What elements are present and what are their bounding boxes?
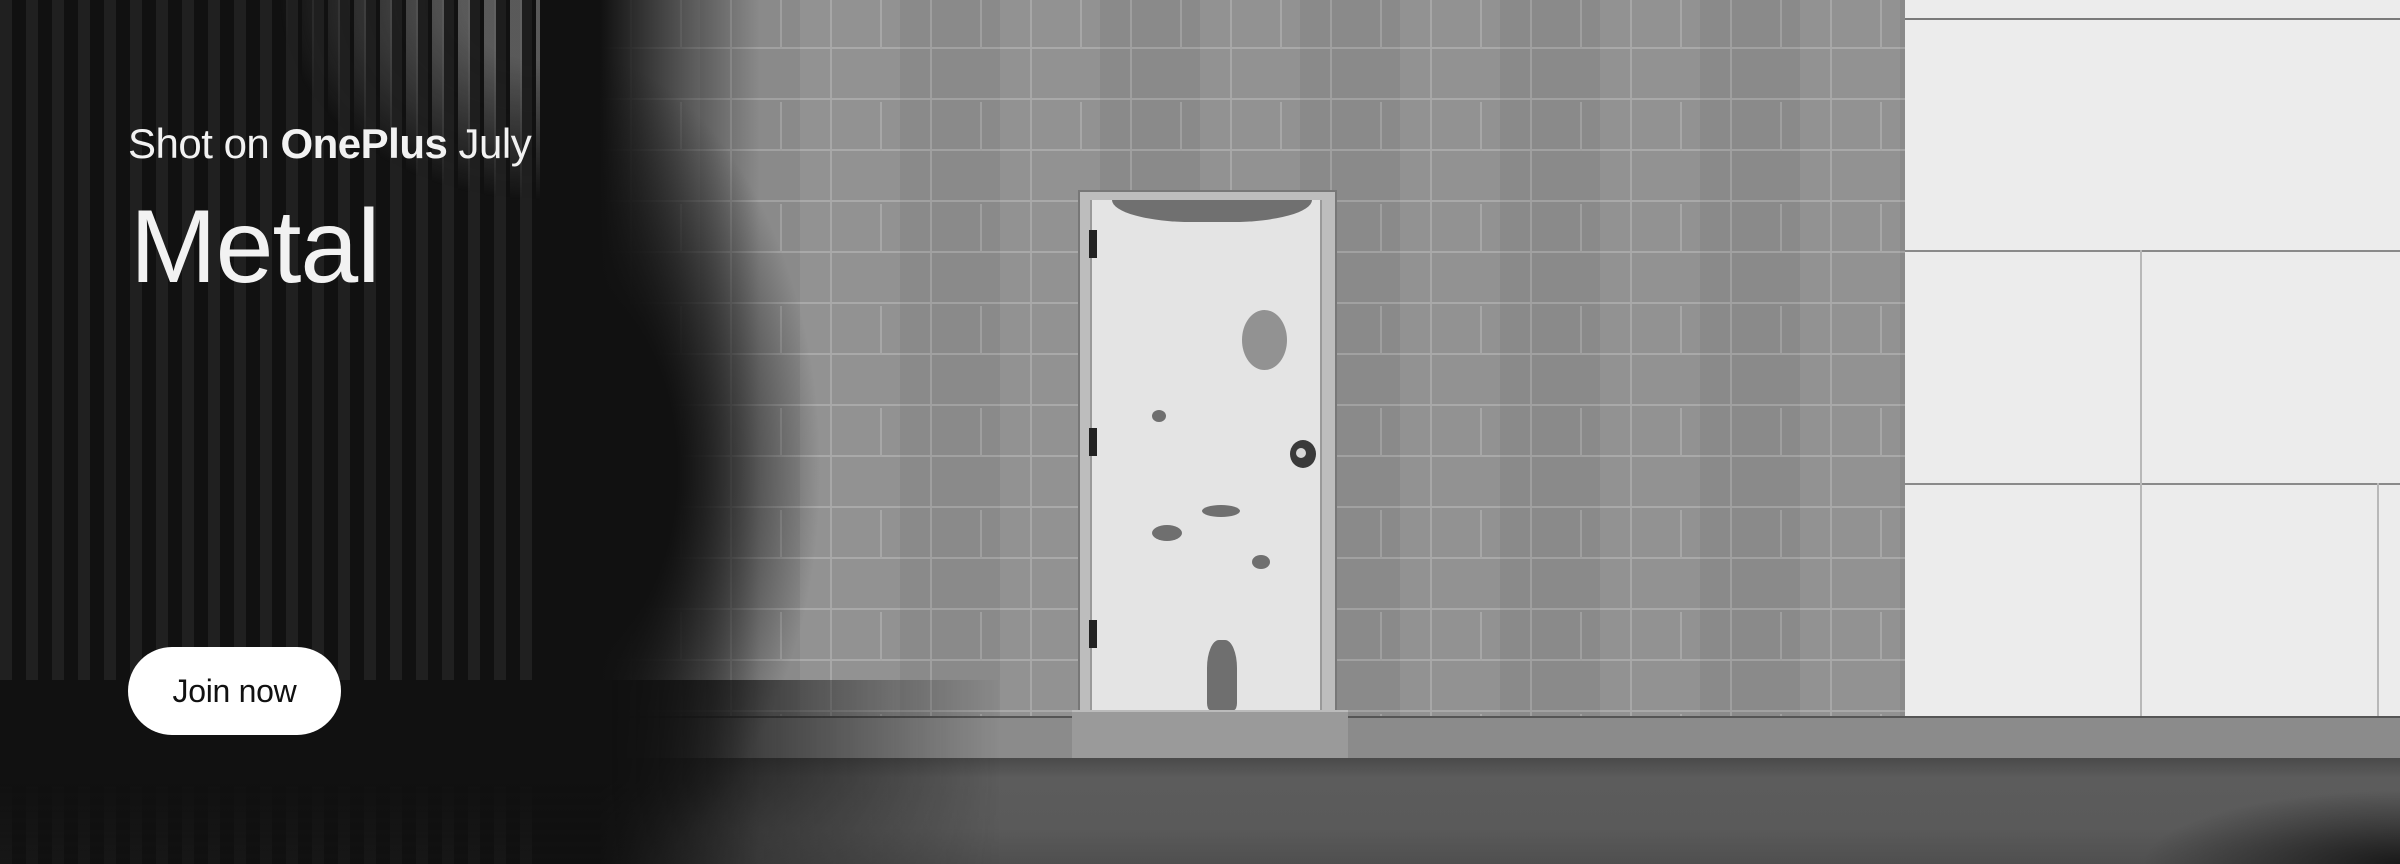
white-wall-panel: [1905, 0, 2400, 718]
panel-seam: [2377, 483, 2379, 716]
hero-banner: Shot on OnePlus July Metal Join now: [0, 0, 2400, 864]
door-stain: [1242, 310, 1287, 370]
join-now-button[interactable]: Join now: [128, 647, 341, 735]
door-stain: [1112, 200, 1312, 222]
door-hinge: [1089, 428, 1097, 456]
door-stain: [1152, 525, 1182, 541]
eyebrow-prefix: Shot on: [128, 120, 269, 167]
door-stain: [1202, 505, 1240, 517]
hero-title: Metal: [130, 187, 379, 307]
door-knob: [1290, 440, 1316, 468]
door-stain: [1252, 555, 1270, 569]
ground-shadow: [2140, 790, 2400, 864]
door-hinge: [1089, 230, 1097, 258]
door-step: [1072, 710, 1348, 760]
eyebrow-suffix: July: [459, 120, 532, 167]
door-hinge: [1089, 620, 1097, 648]
metal-door: [1090, 200, 1322, 710]
panel-seam: [2140, 250, 2142, 716]
door-stain: [1207, 640, 1237, 710]
door-stain: [1152, 410, 1166, 422]
hero-eyebrow: Shot on OnePlus July: [128, 120, 531, 168]
eyebrow-brand: OnePlus: [280, 120, 447, 167]
